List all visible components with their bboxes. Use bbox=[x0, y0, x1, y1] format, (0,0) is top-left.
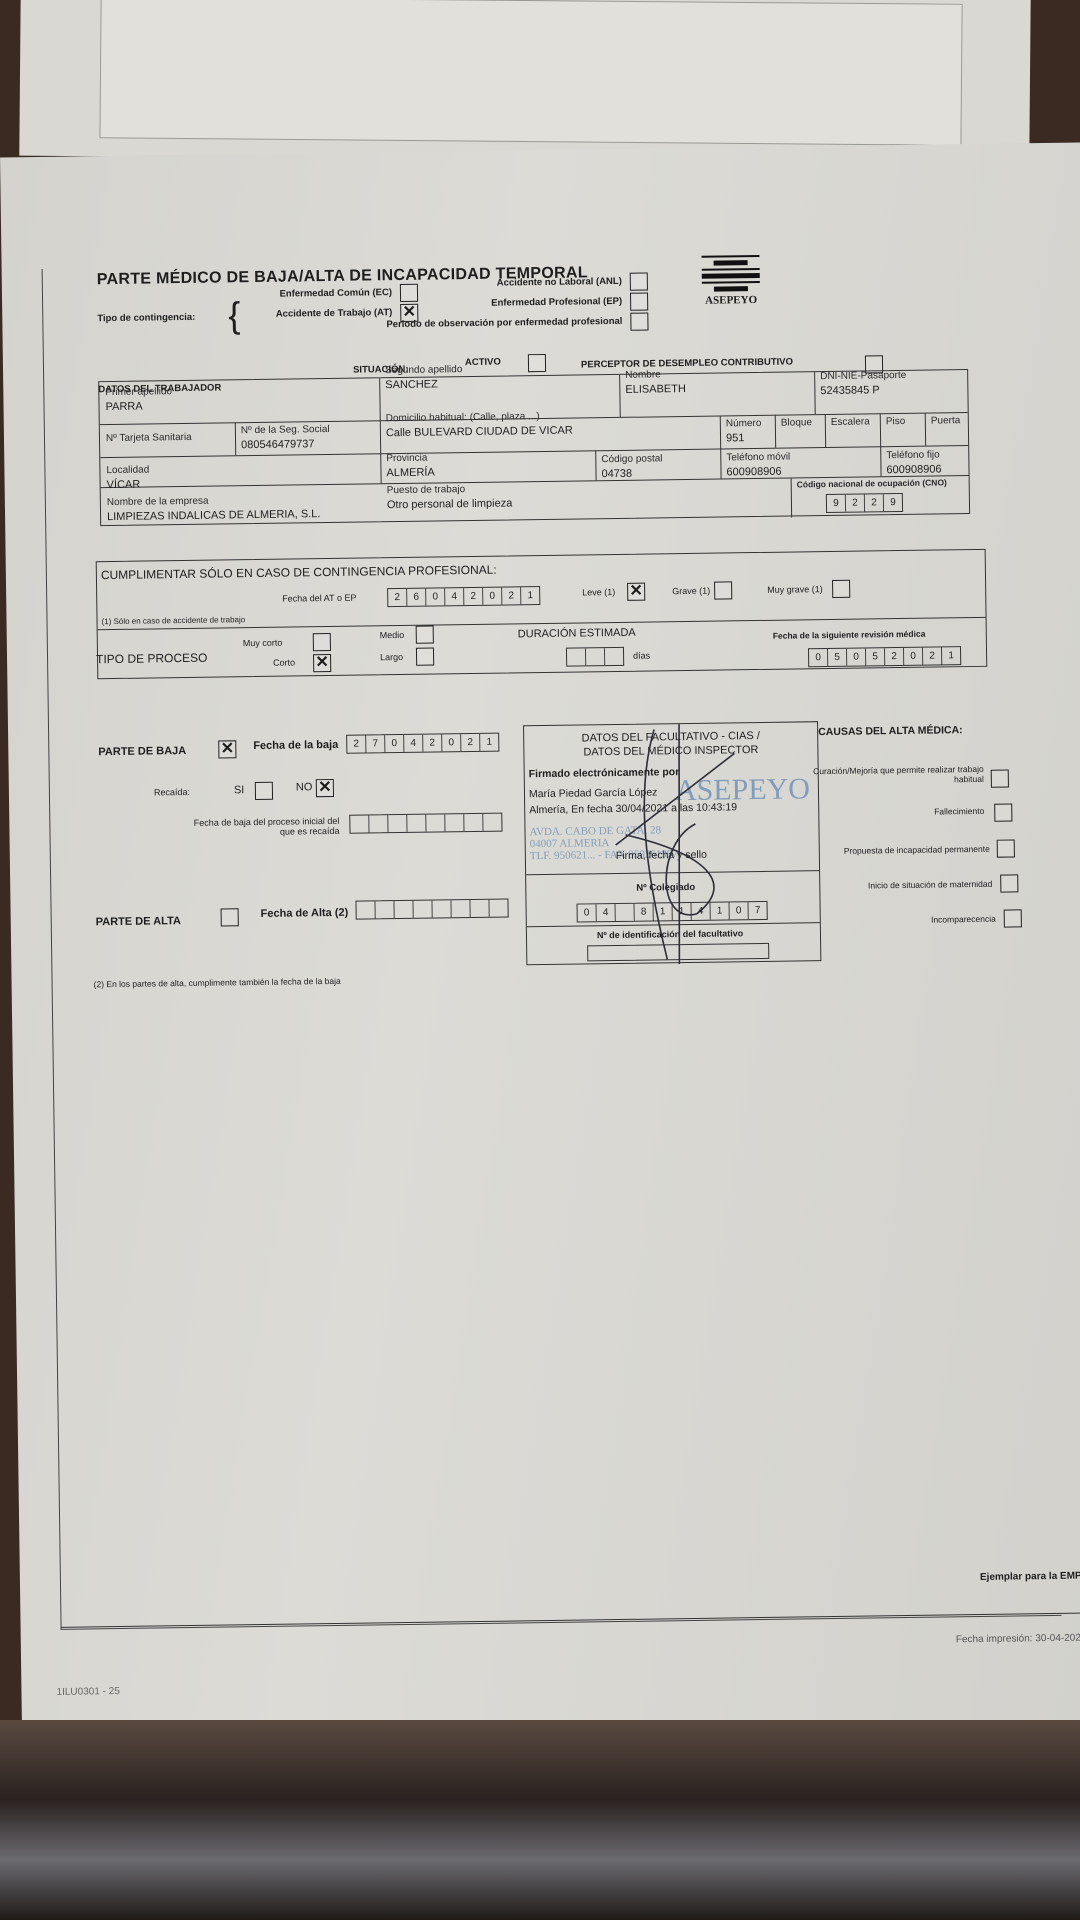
bloque-field: Bloque bbox=[775, 414, 825, 432]
tipo-proceso-label: TIPO DE PROCESO bbox=[96, 651, 208, 667]
recaida-si-label: SI bbox=[234, 784, 245, 796]
parte-baja-checkbox[interactable] bbox=[218, 740, 236, 758]
fecha-at-digits[interactable]: 26042021 bbox=[387, 586, 540, 607]
dni-field: DNI-NIE-Pasaporte52435845 P bbox=[814, 366, 964, 400]
puesto-field: Puesto de trabajoOtro personal de limpie… bbox=[381, 477, 791, 515]
medical-leave-form: PARTE MÉDICO DE BAJA/ALTA DE INCAPACIDAD… bbox=[0, 142, 1080, 1737]
domicilio-field: Domicilio habitual: (Calle, plaza ...)Ca… bbox=[380, 406, 720, 443]
largo-checkbox[interactable] bbox=[416, 648, 434, 666]
parte-alta-checkbox[interactable] bbox=[221, 908, 239, 926]
leve-label: Leve (1) bbox=[582, 587, 615, 597]
localidad-field: LocalidadVÍCAR bbox=[100, 458, 380, 494]
professional-title: CUMPLIMENTAR SÓLO EN CASO DE CONTINGENCI… bbox=[101, 563, 497, 583]
cause-incomparecencia-checkbox[interactable] bbox=[1004, 909, 1022, 927]
cause-fallecimiento-checkbox[interactable] bbox=[994, 803, 1012, 821]
cause-maternidad-checkbox[interactable] bbox=[1000, 874, 1018, 892]
segundo-apellido-field: Segundo apellidoSANCHEZ bbox=[379, 359, 619, 394]
professional-contingency-section: CUMPLIMENTAR SÓLO EN CASO DE CONTINGENCI… bbox=[96, 549, 988, 679]
proceso-inicial-digits[interactable] bbox=[349, 813, 502, 834]
print-date: Fecha impresión: 30-04-2021 bbox=[956, 1633, 1080, 1646]
contingency-label: Tipo de contingencia: bbox=[97, 312, 195, 324]
contingency-ec-checkbox[interactable] bbox=[400, 284, 418, 302]
form-code: 1ILU0301 - 25 bbox=[56, 1686, 120, 1698]
cause-incapacidad-checkbox[interactable] bbox=[997, 839, 1015, 857]
provincia-field: ProvinciaALMERÍA bbox=[380, 447, 595, 482]
recaida-label: Recaída: bbox=[154, 787, 190, 798]
muy-corto-label: Muy corto bbox=[243, 638, 283, 649]
fecha-alta-digits[interactable] bbox=[355, 899, 508, 920]
recaida-no-checkbox[interactable] bbox=[316, 779, 334, 797]
brace-icon: { bbox=[228, 294, 241, 336]
muy-grave-label: Muy grave (1) bbox=[767, 584, 823, 595]
duracion-input[interactable] bbox=[566, 647, 624, 667]
recaida-si-checkbox[interactable] bbox=[255, 782, 273, 800]
background-sheet bbox=[19, 0, 1030, 164]
dias-label: días bbox=[633, 651, 650, 661]
nombre-field: NombreELISABETH bbox=[619, 364, 814, 399]
fecha-at-label: Fecha del AT o EP bbox=[282, 593, 356, 604]
fecha-alta-label: Fecha de Alta (2) bbox=[261, 907, 349, 920]
cno-field: Código nacional de ocupación (CNO) bbox=[791, 474, 971, 493]
recaida-no-label: NO bbox=[296, 781, 313, 793]
leve-checkbox[interactable] bbox=[627, 583, 645, 601]
fecha-baja-label: Fecha de la baja bbox=[253, 739, 338, 752]
grave-label: Grave (1) bbox=[672, 586, 710, 597]
background-surface bbox=[0, 1720, 1080, 1920]
causes-title: CAUSAS DEL ALTA MÉDICA: bbox=[818, 724, 963, 738]
contingency-anl-checkbox[interactable] bbox=[630, 273, 648, 291]
muy-corto-checkbox[interactable] bbox=[313, 633, 331, 651]
cause-curacion-checkbox[interactable] bbox=[991, 770, 1009, 788]
corto-label: Corto bbox=[273, 657, 295, 667]
worker-data-table: Primer apellidoPARRA Segundo apellidoSAN… bbox=[98, 369, 970, 526]
proceso-inicial-label: Fecha de baja del proceso inicial delque… bbox=[129, 816, 339, 839]
piso-field: Piso bbox=[880, 413, 925, 431]
largo-label: Largo bbox=[380, 652, 403, 662]
contingency-ec-label: Enfermedad Común (EC) bbox=[252, 287, 392, 300]
medio-checkbox[interactable] bbox=[416, 626, 434, 644]
cno-digits: 9229 bbox=[826, 493, 903, 513]
cause-curacion-label: Curación/Mejoría que permite realizar tr… bbox=[799, 764, 984, 787]
duracion-label: DURACIÓN ESTIMADA bbox=[518, 627, 636, 641]
numero-field: Número951 bbox=[720, 415, 775, 448]
contingency-ep-checkbox[interactable] bbox=[630, 293, 648, 311]
seg-social-field: Nº de la Seg. Social080546479737 bbox=[235, 420, 380, 454]
contingency-observation-checkbox[interactable] bbox=[630, 313, 648, 331]
fecha-baja-digits[interactable]: 27042021 bbox=[346, 733, 499, 754]
asepeyo-logo: ASEPEYO bbox=[701, 255, 760, 307]
escalera-field: Escalera bbox=[825, 413, 880, 431]
grave-checkbox[interactable] bbox=[714, 581, 732, 599]
copy-label: Ejemplar para la EMPRESA bbox=[980, 1570, 1080, 1583]
revision-label: Fecha de la siguiente revisión médica bbox=[773, 629, 926, 641]
signature-scribble bbox=[584, 723, 767, 965]
revision-digits[interactable]: 05052021 bbox=[808, 646, 961, 667]
corto-checkbox[interactable] bbox=[313, 654, 331, 672]
puerta-field: Puerta bbox=[925, 412, 970, 430]
empresa-field: Nombre de la empresaLIMPIEZAS INDALICAS … bbox=[101, 490, 381, 526]
parte-alta-label: PARTE DE ALTA bbox=[96, 915, 181, 928]
muy-grave-checkbox[interactable] bbox=[832, 580, 850, 598]
doctor-data-box: DATOS DEL FACULTATIVO - CIAS /DATOS DEL … bbox=[523, 721, 821, 965]
parte-baja-label: PARTE DE BAJA bbox=[98, 745, 186, 758]
primer-apellido-field: Primer apellidoPARRA bbox=[99, 380, 379, 416]
professional-footnote: (1) Sólo en caso de accidente de trabajo bbox=[101, 615, 245, 626]
medio-label: Medio bbox=[380, 630, 405, 640]
tarjeta-sanitaria-field: Nº Tarjeta Sanitaria bbox=[100, 428, 235, 450]
contingency-at-label: Accidente de Trabajo (AT) bbox=[252, 307, 392, 320]
